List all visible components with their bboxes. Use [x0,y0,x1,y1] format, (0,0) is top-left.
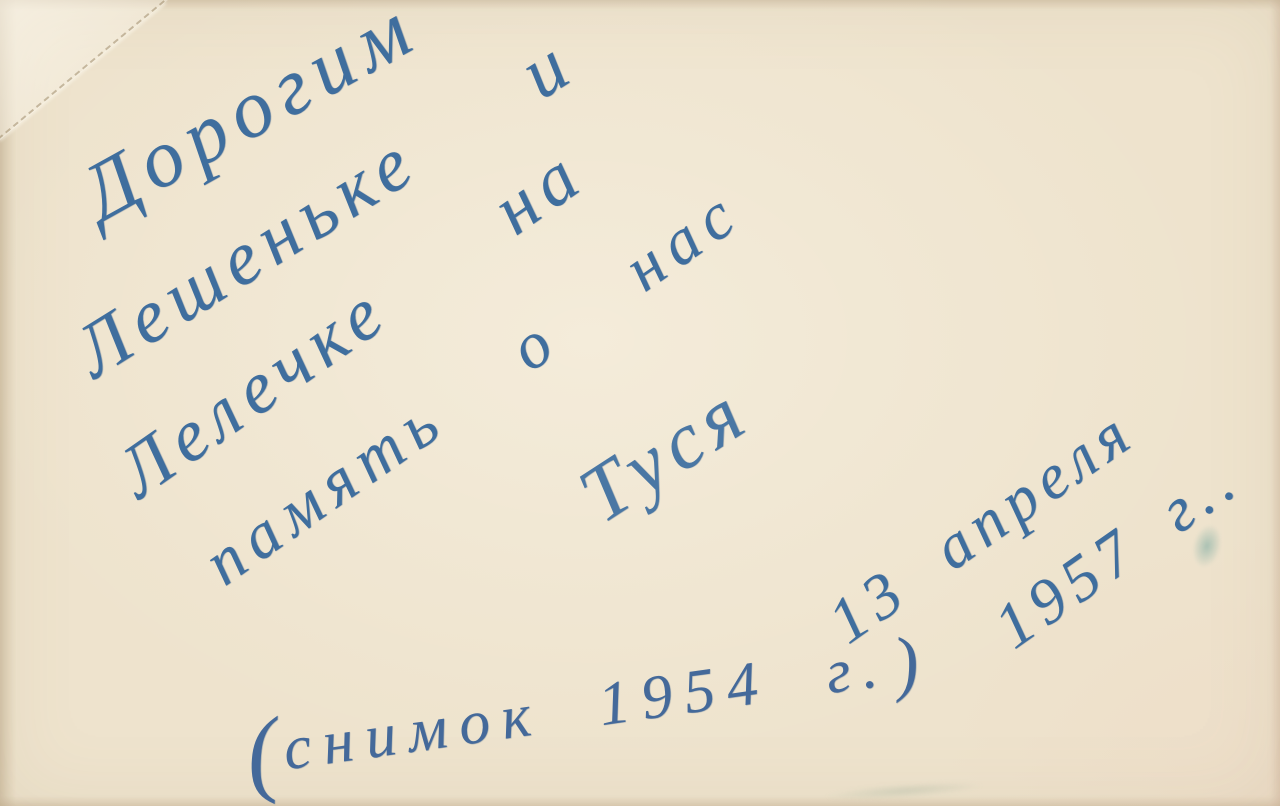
photo-back-paper: Дорогим Лешеньке и Лелечке на память о н… [0,0,1280,806]
signature-tusya: Туся [562,363,768,543]
caption-text: снимок 1954 г. [279,630,894,785]
ink-smudge-bottom [824,778,985,803]
caption-snimok: ( снимок 1954 г. ) [240,618,924,798]
caption-close-paren: ) [890,629,923,697]
caption-open-paren: ( [240,708,284,798]
